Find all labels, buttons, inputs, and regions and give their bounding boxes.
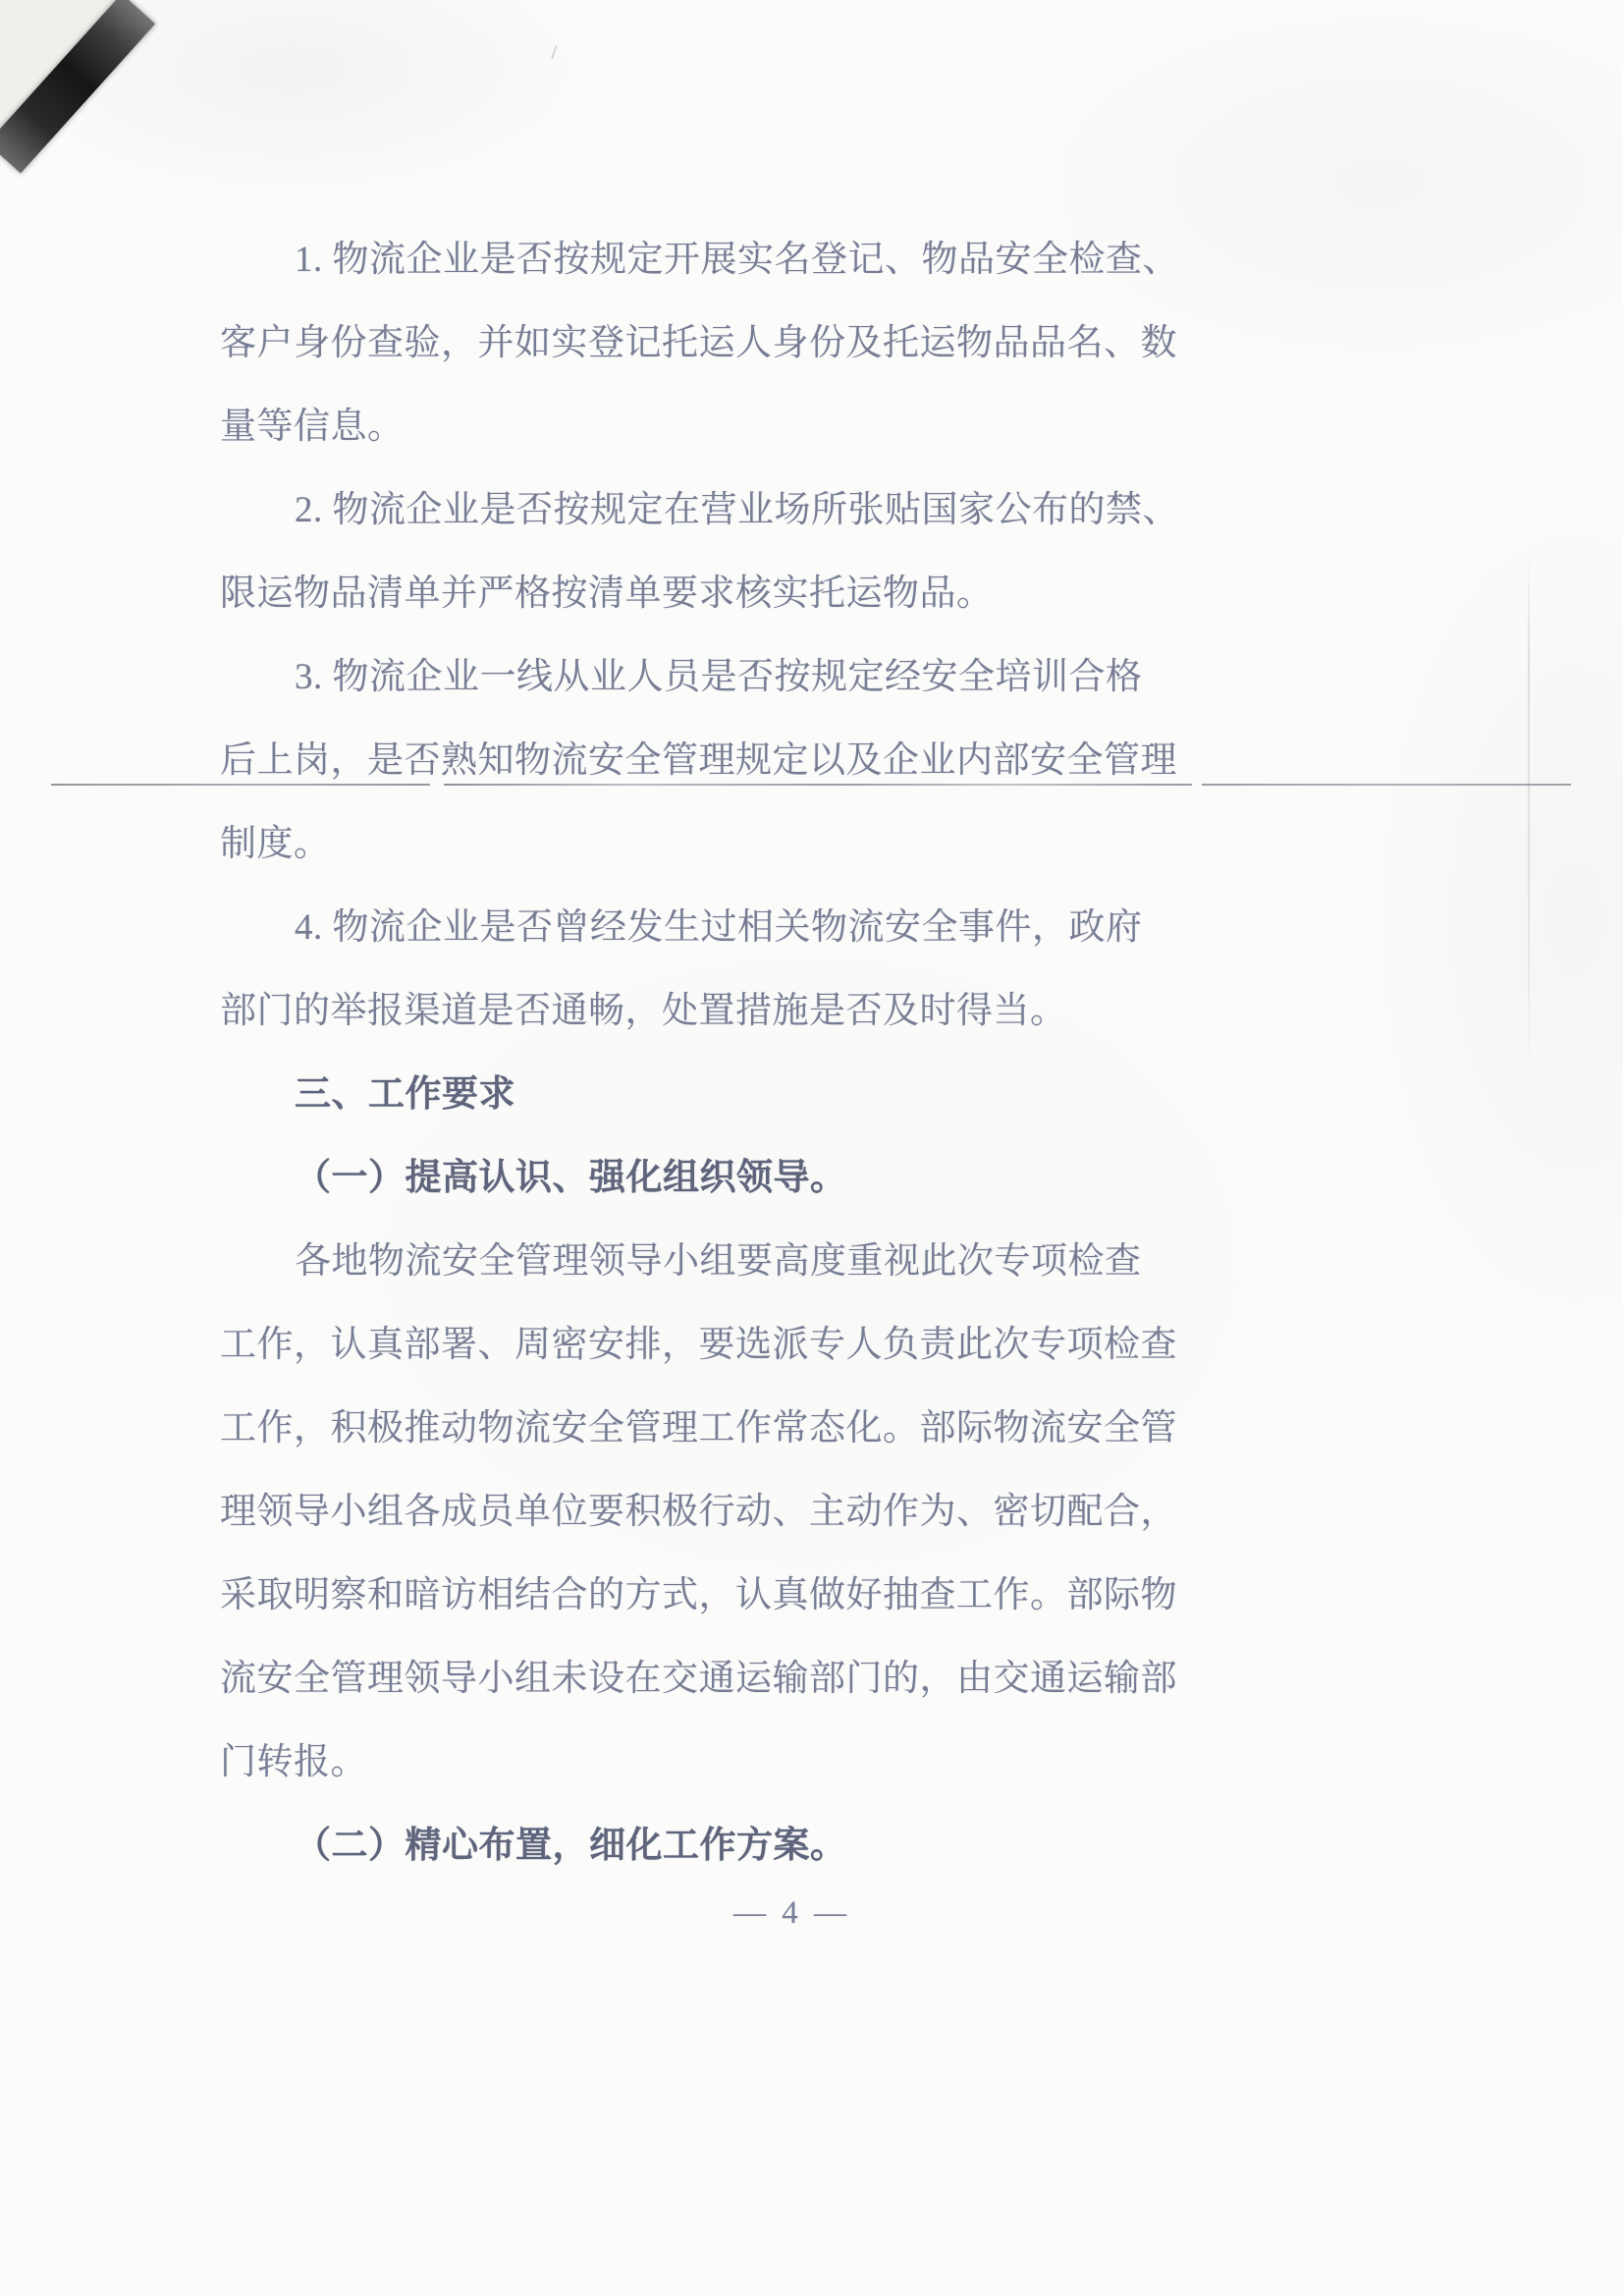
document-text-block: 1. 物流企业是否按规定开展实名登记、物品安全检查、 客户身份查验，并如实登记托… [220, 218, 1111, 1887]
section-heading: 三、工作要求 [220, 1053, 1111, 1136]
list-item-3-line: 制度。 [220, 802, 1111, 886]
list-item-3-line: 后上岗，是否熟知物流安全管理规定以及企业内部安全管理 [220, 719, 1111, 802]
subsection-heading-2: （二）精心布置，细化工作方案。 [220, 1804, 1111, 1887]
list-item-1-line: 量等信息。 [220, 385, 1111, 468]
list-item-2-line: 2. 物流企业是否按规定在营业场所张贴国家公布的禁、 [220, 468, 1111, 552]
paragraph-line: 理领导小组各成员单位要积极行动、主动作为、密切配合， [220, 1470, 1111, 1554]
paragraph-line: 工作，积极推动物流安全管理工作常态化。部际物流安全管 [220, 1387, 1111, 1470]
vertical-crease-artifact [1528, 550, 1530, 1080]
corner-fold-artifact [0, 0, 236, 236]
paragraph-line: 流安全管理领导小组未设在交通运输部门的，由交通运输部 [220, 1637, 1111, 1721]
scan-speck [551, 45, 567, 62]
paragraph-line: 采取明察和暗访相结合的方式，认真做好抽查工作。部际物 [220, 1554, 1111, 1637]
scan-line-gap [1192, 783, 1202, 787]
subsection-heading-1: （一）提高认识、强化组织领导。 [220, 1136, 1111, 1220]
list-item-1-line: 1. 物流企业是否按规定开展实名登记、物品安全检查、 [220, 218, 1111, 301]
list-item-4-line: 部门的举报渠道是否通畅，处置措施是否及时得当。 [220, 969, 1111, 1053]
paragraph-line: 工作，认真部署、周密安排，要选派专人负责此次专项检查 [220, 1303, 1111, 1387]
list-item-1-line: 客户身份查验，并如实登记托运人身份及托运物品品名、数 [220, 301, 1111, 385]
paragraph-line: 各地物流安全管理领导小组要高度重视此次专项检查 [220, 1220, 1111, 1303]
list-item-4-line: 4. 物流企业是否曾经发生过相关物流安全事件，政府 [220, 886, 1111, 969]
page-number: — 4 — [0, 1895, 1584, 1932]
list-item-2-line: 限运物品清单并严格按清单要求核实托运物品。 [220, 552, 1111, 635]
list-item-3-line: 3. 物流企业一线从业人员是否按规定经安全培训合格 [220, 635, 1111, 719]
paragraph-line: 门转报。 [220, 1721, 1111, 1804]
